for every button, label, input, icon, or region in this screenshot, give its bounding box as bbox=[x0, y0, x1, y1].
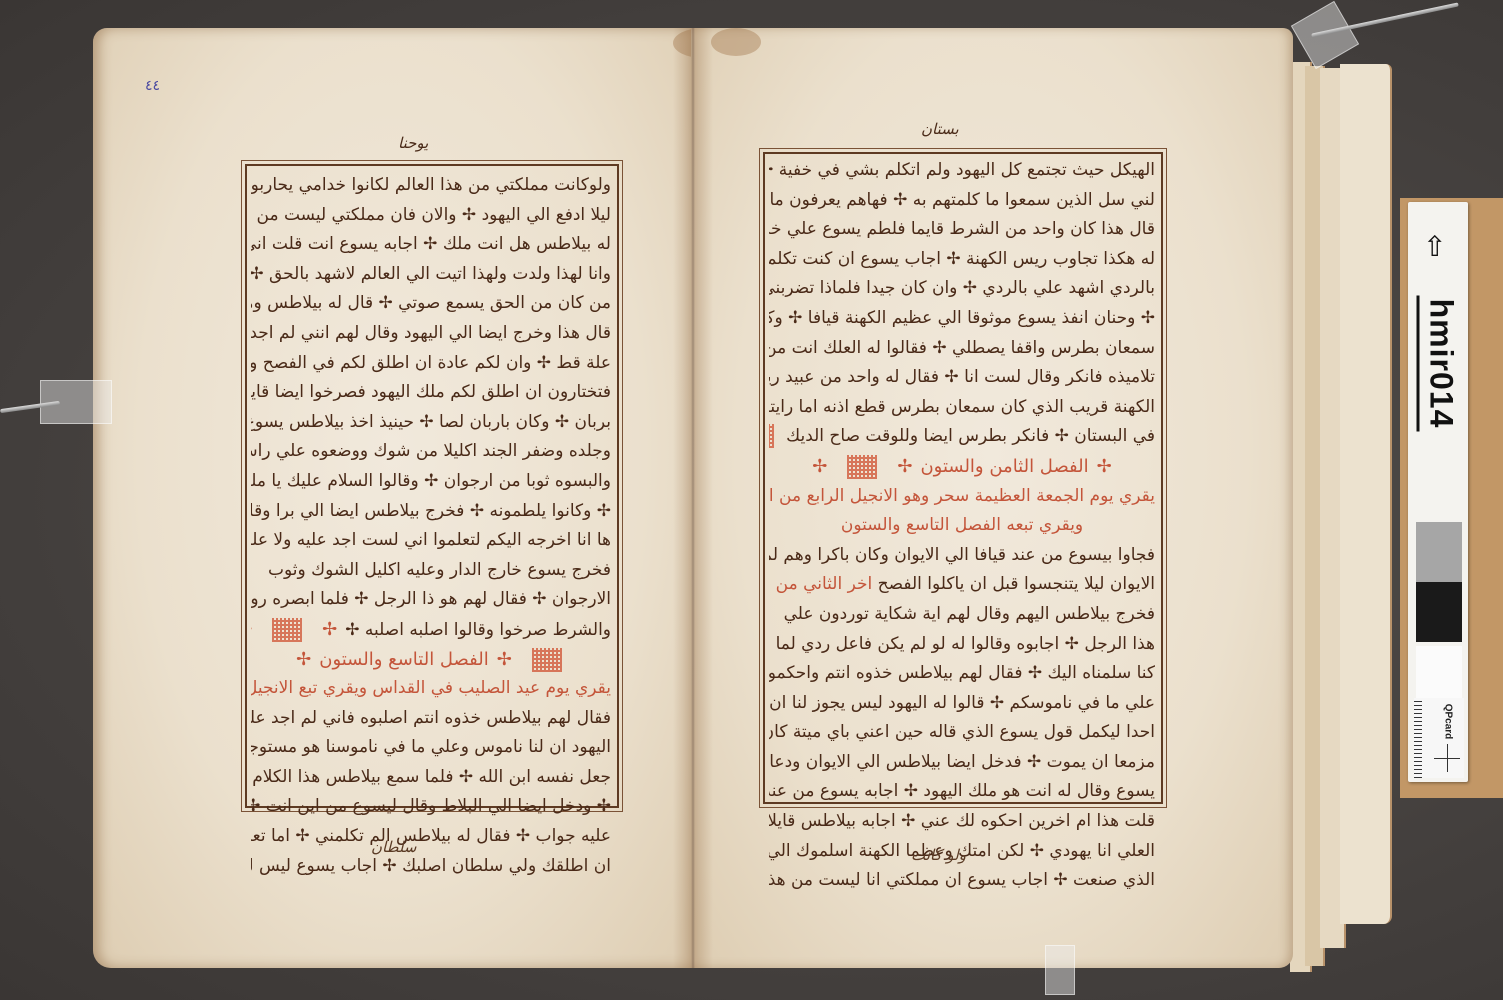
text-line: ✢ وحنان انفذ يسوع موثوقا الي عظيم الكهنة… bbox=[769, 304, 1155, 334]
water-stain bbox=[711, 28, 761, 56]
rubric-line: ويقري تبعه الفصل التاسع والستون bbox=[769, 511, 1155, 541]
text-line: علة قط ✢ وان لكم عادة ان اطلق لكم في الف… bbox=[251, 349, 611, 379]
text-line: الارجوان ✢ فقال لهم هو ذا الرجل ✢ فلما ا… bbox=[251, 585, 611, 615]
rubric-ornament bbox=[847, 455, 877, 479]
catchword: ولو كانت bbox=[911, 846, 966, 864]
text-line: ان اطلقك ولي سلطان اصلبك ✢ اجاب يسوع ليس… bbox=[251, 852, 611, 882]
text-line: قال هذا وخرج ايضا الي اليهود وقال لهم ان… bbox=[251, 319, 611, 349]
text-line: الايوان ليلا يتنجسوا قبل ان ياكلوا الفصح… bbox=[769, 570, 1155, 600]
text-line: بربان ✢ وكان باربان لصا ✢ حينيذ اخذ بيلا… bbox=[251, 408, 611, 438]
card-brand: QPcard bbox=[1442, 704, 1453, 740]
text-line: ها انا اخرجه اليكم لتعلموا اني لست اجد ع… bbox=[251, 526, 611, 556]
text-line: تلاميذه فانكر وقال لست انا ✢ فقال له واح… bbox=[769, 363, 1155, 393]
text-line: في البستان ✢ فانكر بطرس ايضا وللوقت صاح … bbox=[769, 422, 1155, 452]
book-gutter bbox=[673, 28, 713, 968]
calibration-card: ⇧ hmir014 QPcard bbox=[1408, 202, 1468, 782]
page-edges bbox=[1340, 64, 1392, 924]
text-line: علي ما في ناموسكم ✢ قالوا له اليهود ليس … bbox=[769, 689, 1155, 719]
open-manuscript: ٤٤ يوحنا ولوكانت مملكتي من هذا العالم لك… bbox=[93, 28, 1293, 968]
text-line: وانا لهذا ولدت ولهذا اتيت الي العالم لاش… bbox=[251, 260, 611, 290]
right-text-block: الهيكل حيث تجتمع كل اليهود ولم اتكلم بشي… bbox=[769, 156, 1155, 896]
text-line: عليه جواب ✢ فقال له بيلاطس الم تكلمني ✢ … bbox=[251, 822, 611, 852]
text-line: فخرج يسوع خارج الدار وعليه اكليل الشوك و… bbox=[251, 556, 611, 586]
text-line: فجاوا بيسوع من عند قيافا الي الايوان وكا… bbox=[769, 541, 1155, 571]
text-line: الذي صنعت ✢ اجاب يسوع ان مملكتي انا ليست… bbox=[769, 866, 1155, 896]
text-line: الهيكل حيث تجتمع كل اليهود ولم اتكلم بشي… bbox=[769, 156, 1155, 186]
text-line: والشرط صرخوا وقالوا اصلبه اصلبه ✢✢✢ bbox=[251, 615, 611, 645]
left-page: ٤٤ يوحنا ولوكانت مملكتي من هذا العالم لك… bbox=[93, 28, 691, 968]
up-arrow-icon: ⇧ bbox=[1423, 230, 1446, 263]
text-line: الكهنة قريب الذي كان سمعان بطرس قطع اذنه… bbox=[769, 393, 1155, 423]
text-line: كنا سلمناه اليك ✢ فقال لهم بيلاطس خذوه ا… bbox=[769, 659, 1155, 689]
text-line: والبسوه ثوبا من ارجوان ✢ وقالوا السلام ع… bbox=[251, 467, 611, 497]
right-page: بستان الهيكل حيث تجتمع كل اليهود ولم اتك… bbox=[691, 28, 1293, 968]
text-line: ✢ ودخل ايضا الي البلاط وقال ليسوع من اين… bbox=[251, 792, 611, 822]
card-label: hmir014 bbox=[1417, 296, 1460, 432]
running-header: بستان bbox=[921, 120, 959, 138]
text-line: احدا ليكمل قول يسوع الذي قاله حين اعني ب… bbox=[769, 718, 1155, 748]
text-line: اليهود ان لنا ناموس وعلي ما في ناموسنا ه… bbox=[251, 733, 611, 763]
left-text-block: ولوكانت مملكتي من هذا العالم لكانوا خدام… bbox=[251, 171, 611, 881]
rubric-line: يقري يوم الجمعة العظيمة سحر وهو الانجيل … bbox=[769, 482, 1155, 512]
text-line: لني سل الذين سمعوا ما كلمتهم به ✢ فهاهم … bbox=[769, 186, 1155, 216]
text-line: ✢ وكانوا يلطمونه ✢ فخرج بيلاطس ايضا الي … bbox=[251, 497, 611, 527]
rubric-ornament bbox=[532, 648, 562, 672]
rubric-line: يقري يوم عيد الصليب في القداس ويقري تبع … bbox=[251, 674, 611, 704]
text-line: جعل نفسه ابن الله ✢ فلما سمع بيلاطس هذا … bbox=[251, 763, 611, 793]
text-line: وجلده وضفر الجند اكليلا من شوك ووضعوه عل… bbox=[251, 437, 611, 467]
margin-rubric-note: اخر الثاني من الاثني عشر bbox=[769, 574, 872, 594]
chapter-heading: ✢الفصل التاسع والستون✢ bbox=[251, 645, 611, 675]
text-line: له هكذا تجاوب ريس الكهنة ✢ اجاب يسوع ان … bbox=[769, 245, 1155, 275]
white-patch bbox=[1416, 646, 1462, 702]
ruler-scale: QPcard bbox=[1414, 698, 1464, 778]
text-line: بالردي اشهد علي بالردي ✢ وان كان جيدا فل… bbox=[769, 274, 1155, 304]
text-line: يسوع وقال له انت هو ملك اليهود ✢ اجابه ي… bbox=[769, 777, 1155, 807]
text-line: فقال لهم بيلاطس خذوه انتم اصلبوه فاني لم… bbox=[251, 704, 611, 734]
text-line: ليلا ادفع الي اليهود ✢ والان فان مملكتي … bbox=[251, 201, 611, 231]
text-line: قلت هذا ام اخرين احكوه لك عني ✢ اجابه بي… bbox=[769, 807, 1155, 837]
text-line: هذا الرجل ✢ اجابوه وقالوا له لو لم يكن ف… bbox=[769, 630, 1155, 660]
black-patch bbox=[1416, 582, 1462, 642]
running-header: يوحنا bbox=[398, 134, 428, 152]
gray-patch bbox=[1416, 522, 1462, 582]
folio-number: ٤٤ bbox=[145, 78, 160, 94]
rubric-ornament bbox=[272, 618, 302, 642]
rubric-ornament bbox=[769, 424, 774, 448]
text-line: مزمعا ان يموت ✢ فدخل ايضا بيلاطس الي الا… bbox=[769, 748, 1155, 778]
text-line: فخرج بيلاطس اليهم وقال لهم اية شكاية تور… bbox=[769, 600, 1155, 630]
ruler-ticks bbox=[1414, 698, 1422, 778]
tape-tab bbox=[1045, 945, 1075, 995]
chapter-heading: ✢الفصل الثامن والستون✢✢ bbox=[769, 452, 1155, 482]
text-line: قال هذا كان واحد من الشرط قايما فلطم يسو… bbox=[769, 215, 1155, 245]
crosshair-icon bbox=[1447, 744, 1448, 772]
catchword: سلطان bbox=[371, 838, 416, 856]
text-line: ولوكانت مملكتي من هذا العالم لكانوا خدام… bbox=[251, 171, 611, 201]
text-line: له بيلاطس هل انت ملك ✢ اجابه يسوع انت قل… bbox=[251, 230, 611, 260]
text-line: سمعان بطرس واقفا يصطلي ✢ فقالوا له العلك… bbox=[769, 334, 1155, 364]
text-line: من كان من الحق يسمع صوتي ✢ قال له بيلاطس… bbox=[251, 289, 611, 319]
text-line: فتختارون ان اطلق لكم ملك اليهود فصرخوا ا… bbox=[251, 378, 611, 408]
